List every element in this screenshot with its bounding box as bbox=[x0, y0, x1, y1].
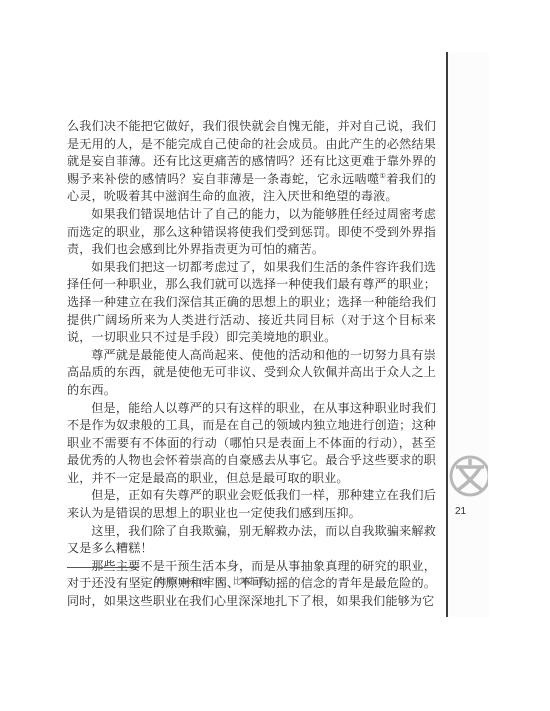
paragraph-2: 如果我们错误地估计了自己的能力，以为能够胜任经过周密考虑而选定的职业，那么这种错… bbox=[67, 206, 436, 259]
side-margin-strip bbox=[449, 52, 489, 617]
paragraph-6: 但是，正如有失尊严的职业会贬低我们一样，那种建立在我们后来认为是错误的思想上的职… bbox=[67, 487, 436, 522]
paragraph-3: 如果我们把这一切都考虑过了，如果我们生活的条件容许我们选择任何一种职业，那么我们… bbox=[67, 259, 436, 347]
book-page: 么我们决不能把它做好，我们很快就会自愧无能，并对自己说，我们是无用的人，是不能完… bbox=[0, 0, 550, 711]
wen-character-seal-icon bbox=[448, 454, 492, 498]
footnote-mark: ① bbox=[138, 577, 147, 587]
paragraph-5: 但是，能给人以尊严的只有这样的职业，在从事这种职业时我们不是作为奴隶般的工具，而… bbox=[67, 400, 436, 488]
body-text: 么我们决不能把它做好，我们很快就会自愧无能，并对自己说，我们是无用的人，是不能完… bbox=[67, 118, 436, 611]
footnote-separator bbox=[67, 567, 139, 568]
footnote: ① ［啮噬(nièshì)］咬，比喻折磨。 bbox=[138, 575, 275, 587]
page-number: 21 bbox=[455, 506, 466, 517]
vertical-margin-rule bbox=[446, 52, 448, 617]
footnote-text: ［啮噬(nièshì)］咬，比喻折磨。 bbox=[149, 577, 275, 587]
paragraph-4: 尊严就是最能使人高尚起来、使他的活动和他的一切努力具有崇高品质的东西，就是使他无… bbox=[67, 347, 436, 400]
paragraph-1: 么我们决不能把它做好，我们很快就会自愧无能，并对自己说，我们是无用的人，是不能完… bbox=[67, 118, 436, 206]
paragraph-7: 这里，我们除了自我欺骗，别无解救办法，而以自我欺骗来解救又是多么糟糕！ bbox=[67, 523, 436, 558]
